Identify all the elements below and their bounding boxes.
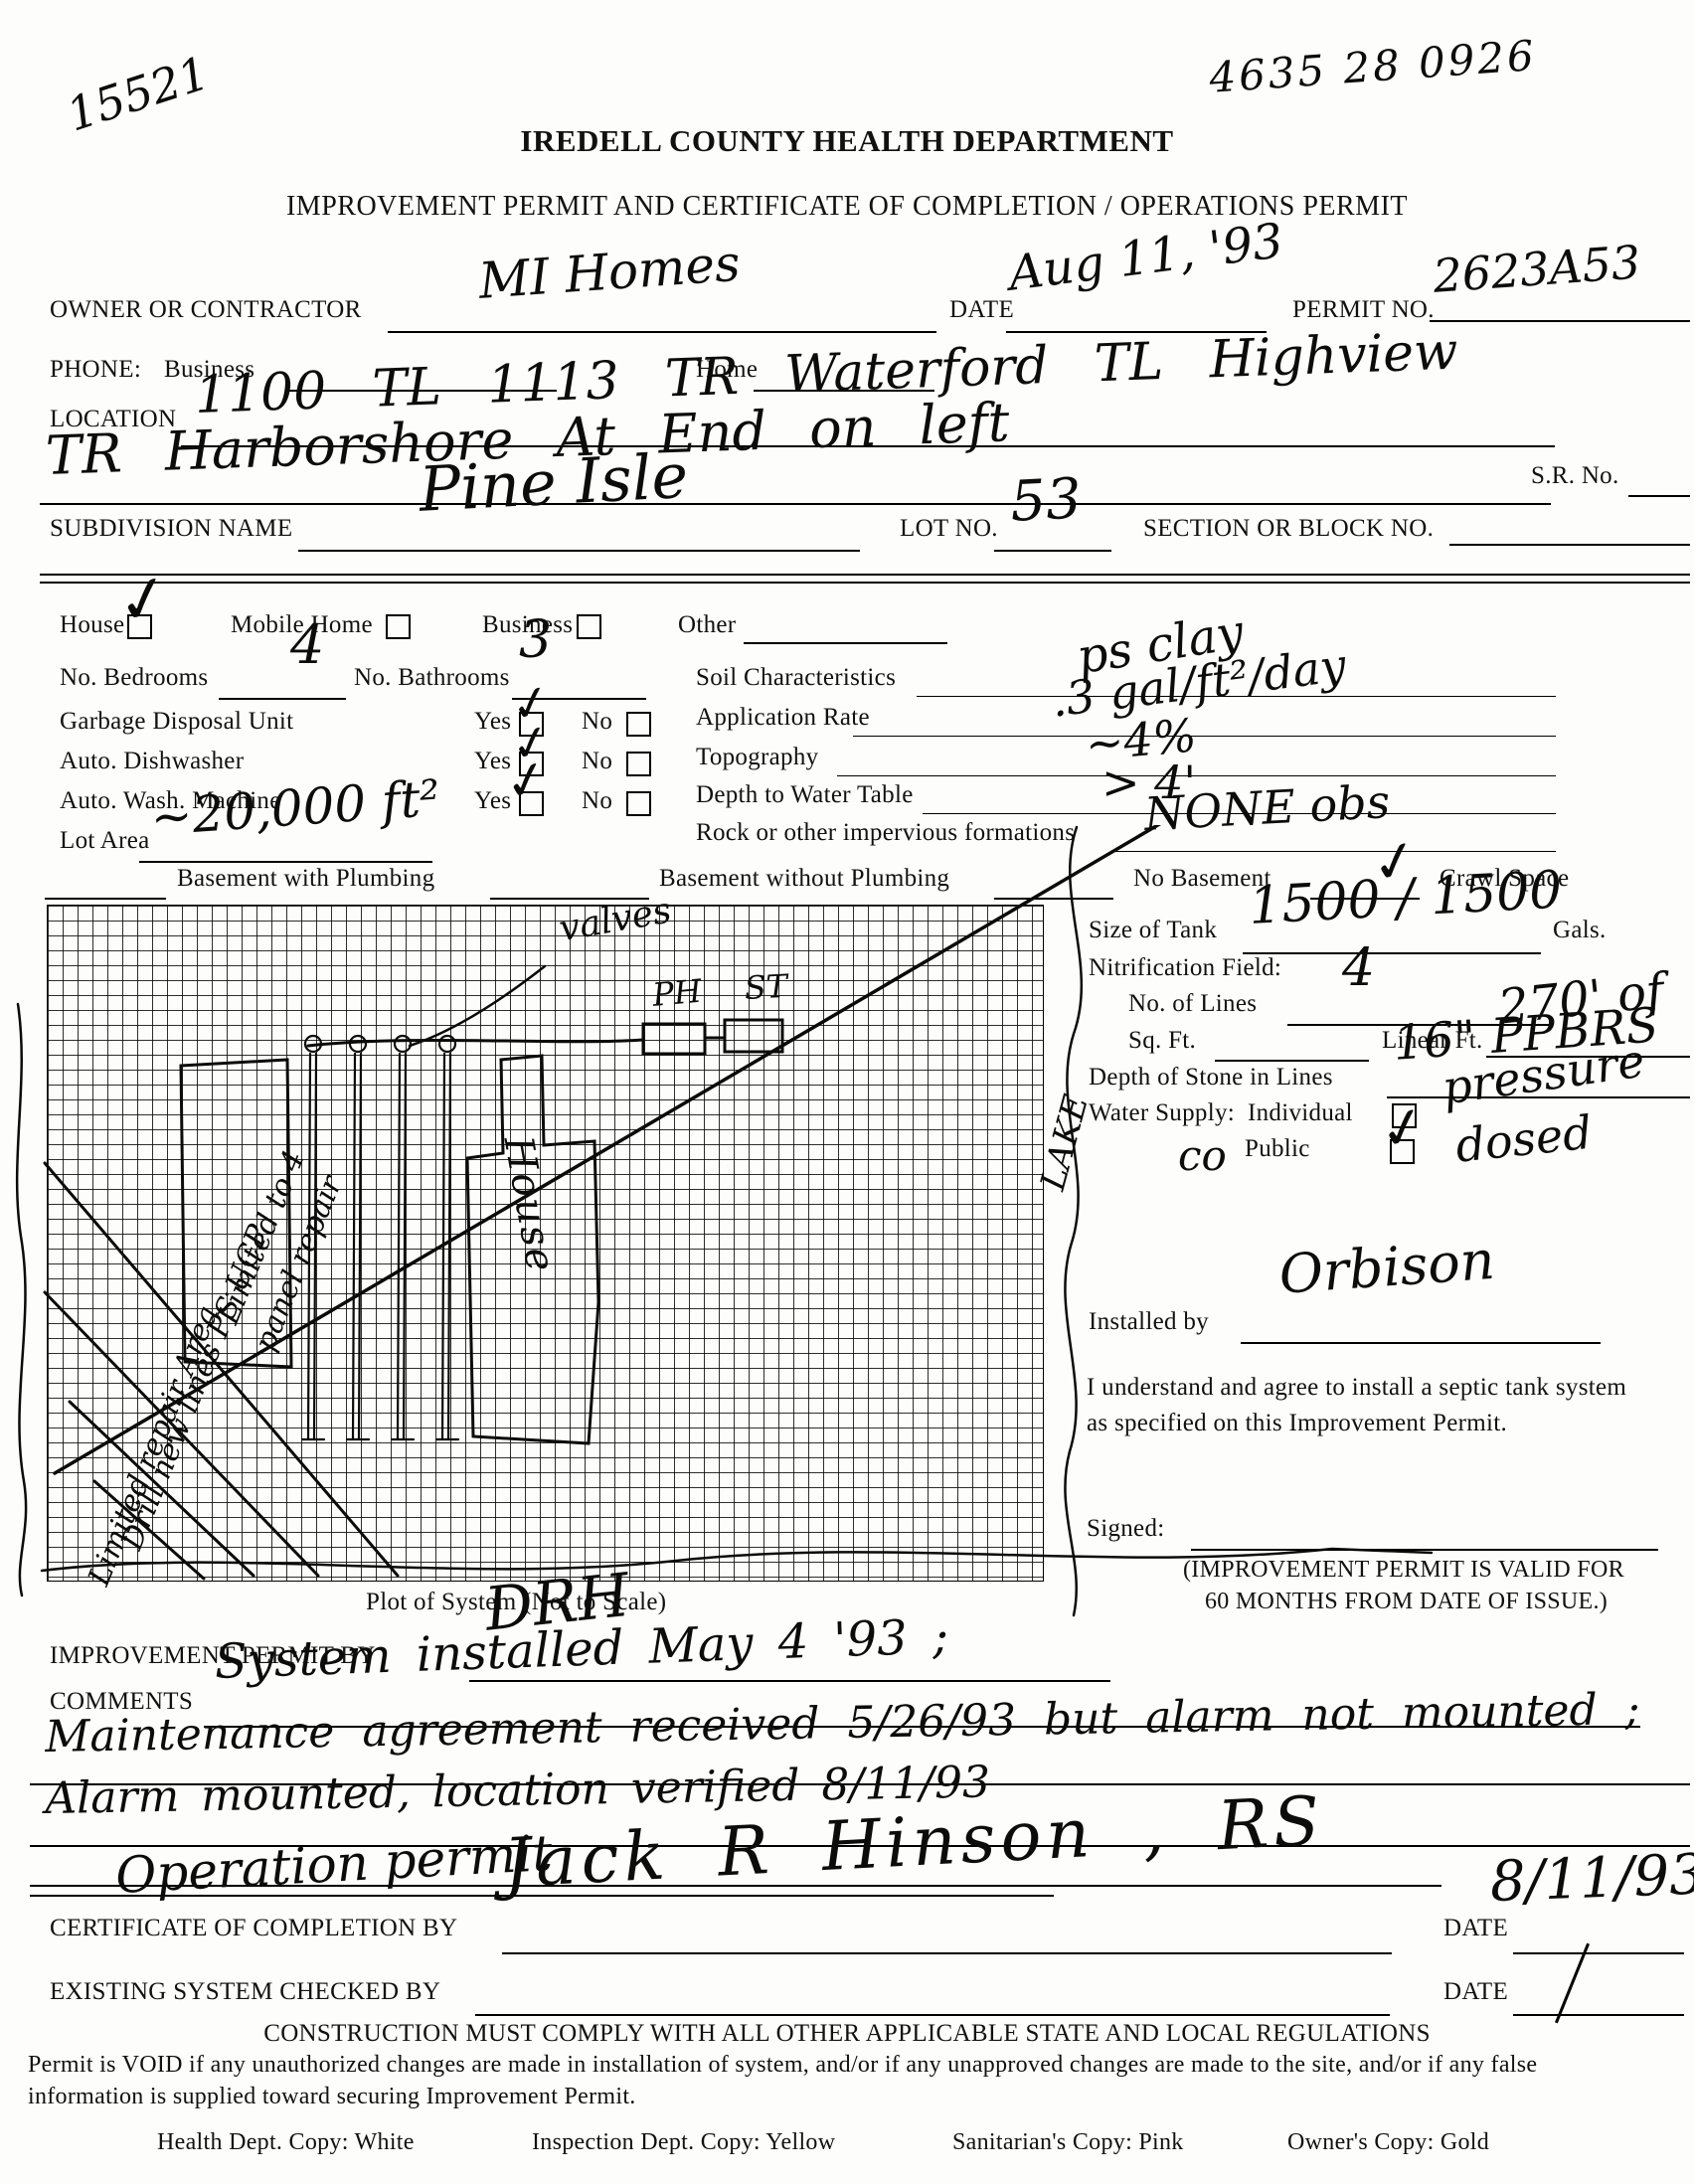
completion-by-label: CERTIFICATE OF COMPLETION BY [50,1915,457,1942]
existing-date-label: DATE [1443,1978,1508,2006]
sq-ft-line [1215,1060,1369,1062]
bathrooms-value: 3 [519,614,552,666]
owner-label: OWNER OR CONTRACTOR [50,296,362,324]
validity-text-line2: 60 MONTHS FROM DATE OF ISSUE.) [1205,1589,1608,1615]
existing-system-line [475,2014,1390,2016]
permit-no-line [1430,320,1690,322]
permit-no-value: 2623A53 [1432,239,1642,298]
void-clause-line1: Permit is VOID if any unauthorized chang… [28,2052,1537,2079]
lot-no-line [994,550,1111,552]
phone-label: PHONE: [50,356,141,384]
comment-line1: System installed May 4 '93 ; [214,1612,949,1686]
topo-line [837,775,1556,776]
garbage-no-label: No [582,708,612,736]
nitrification-label: Nitrification Field: [1089,954,1281,982]
compliance-statement: CONSTRUCTION MUST COMPLY WITH ALL OTHER … [0,2020,1694,2048]
operation-permit-note: Operation permit [114,1828,554,1901]
section-label: SECTION OR BLOCK NO. [1143,515,1434,543]
house-label: House [60,611,124,639]
subdivision-value: Pine Isle [418,445,690,521]
other-label: Other [678,611,736,639]
validity-text-line1: (IMPROVEMENT PERMIT IS VALID FOR [1183,1557,1624,1584]
rate-label: Application Rate [696,704,870,732]
dishwasher-no-label: No [582,748,612,775]
copy-legend-health: Health Dept. Copy: White [157,2129,415,2156]
completion-by-line [502,1952,1392,1954]
location-line2-rule [40,503,1551,505]
bedrooms-value: 4 [290,618,324,672]
lot-no-label: LOT NO. [900,515,998,543]
form-subtitle: IMPROVEMENT PERMIT AND CERTIFICATE OF CO… [0,191,1694,223]
water-supply-label: Water Supply: [1089,1099,1235,1127]
gals-label: Gals. [1553,917,1607,944]
comment-line2: Maintenance agreement received 5/26/93 b… [45,1688,1640,1760]
sketch-header-line [308,1040,643,1046]
sr-no-label: S.R. No. [1531,462,1619,490]
completion-date-label: DATE [1443,1915,1508,1942]
bathrooms-label: No. Bathrooms [354,664,510,692]
lot-no-value: 53 [1009,471,1083,531]
owner-value: MI Homes [477,239,742,306]
installed-by-value: Orbison [1277,1234,1496,1302]
bedrooms-label: No. Bedrooms [60,664,208,692]
rate-line [853,736,1556,737]
sketch-valves-arrow [410,966,545,1046]
existing-system-label: EXISTING SYSTEM CHECKED BY [50,1978,440,2006]
sq-ft-label: Sq. Ft. [1128,1027,1196,1055]
divider-rule [40,582,1690,584]
owner-line [388,331,936,333]
completion-date-line [1513,1952,1684,1954]
pen-stroke [1555,1943,1590,2024]
section-line [1449,544,1690,546]
signed-line [1191,1549,1658,1551]
bedrooms-line [219,698,346,700]
torn-edge-right [1065,827,1081,1615]
water-supply-note-dosed: dosed [1453,1109,1594,1169]
copy-legend-inspection: Inspection Dept. Copy: Yellow [532,2129,835,2156]
agreement-text-line2: as specified on this Improvement Permit. [1087,1410,1507,1437]
completion-date-value: 8/11/93 [1489,1847,1694,1911]
individual-label: Individual [1248,1099,1353,1127]
business-checkbox [577,614,601,639]
tank-size-label: Size of Tank [1089,917,1217,944]
garbage-label: Garbage Disposal Unit [60,708,293,736]
sketch-pump-tank-box [643,1024,705,1054]
no-of-lines-value: 4 [1342,942,1375,994]
other-line [744,642,947,644]
date-value: Aug 11, '93 [1006,217,1285,297]
water-table-label: Depth to Water Table [696,781,914,809]
sketch-septic-tank-box [725,1020,782,1052]
sketch-valve-symbol [395,1036,411,1052]
divider-rule [40,574,1690,576]
scanned-permit-form: 15521 4635 28 0926 IREDELL COUNTY HEALTH… [0,0,1694,2184]
stone-depth-label: Depth of Stone in Lines [1089,1064,1333,1092]
installed-by-line [1241,1342,1601,1344]
agreement-text-line1: I understand and agree to install a sept… [1087,1374,1626,1402]
soil-label: Soil Characteristics [696,664,896,692]
topo-label: Topography [696,744,818,771]
site-sketch [0,825,1451,1620]
subdivision-label: SUBDIVISION NAME [50,515,292,543]
date-label: DATE [949,296,1014,324]
void-clause-line2: information is supplied toward securing … [28,2084,636,2110]
sketch-valve-symbol [439,1036,455,1052]
sketch-drain-line [392,1054,414,1439]
handwritten-id-stamp: 4635 28 0926 [1208,35,1538,99]
permit-no-label: PERMIT NO. [1292,296,1435,324]
public-label: Public [1245,1135,1310,1163]
plot-st-label: ST [744,970,788,1004]
copy-legend-owner: Owner's Copy: Gold [1287,2129,1489,2156]
washer-no-checkbox [626,791,651,816]
subdivision-line [298,550,860,552]
tank-size-line [1243,952,1541,954]
existing-date-line [1513,2014,1684,2016]
sr-no-line [1628,495,1690,497]
installed-by-label: Installed by [1089,1308,1209,1336]
torn-edge-left [17,1004,26,1596]
public-prefix-note: co [1178,1135,1227,1177]
signed-label: Signed: [1087,1515,1165,1543]
mobile-home-checkbox [386,614,411,639]
plot-ph-label: PH [651,975,703,1011]
dishwasher-no-checkbox [626,752,651,776]
dishwasher-label: Auto. Dishwasher [60,748,244,775]
sketch-drain-line [347,1054,369,1439]
improvement-permit-by-line [469,1680,1110,1682]
form-title: IREDELL COUNTY HEALTH DEPARTMENT [0,123,1694,159]
washer-no-label: No [582,787,612,815]
copy-legend-sanitarian: Sanitarian's Copy: Pink [952,2129,1184,2156]
sketch-valve-symbol [350,1036,366,1052]
tank-size-value: 1500 / 1500 [1248,865,1564,932]
garbage-no-checkbox [626,712,651,737]
no-of-lines-label: No. of Lines [1128,990,1257,1018]
